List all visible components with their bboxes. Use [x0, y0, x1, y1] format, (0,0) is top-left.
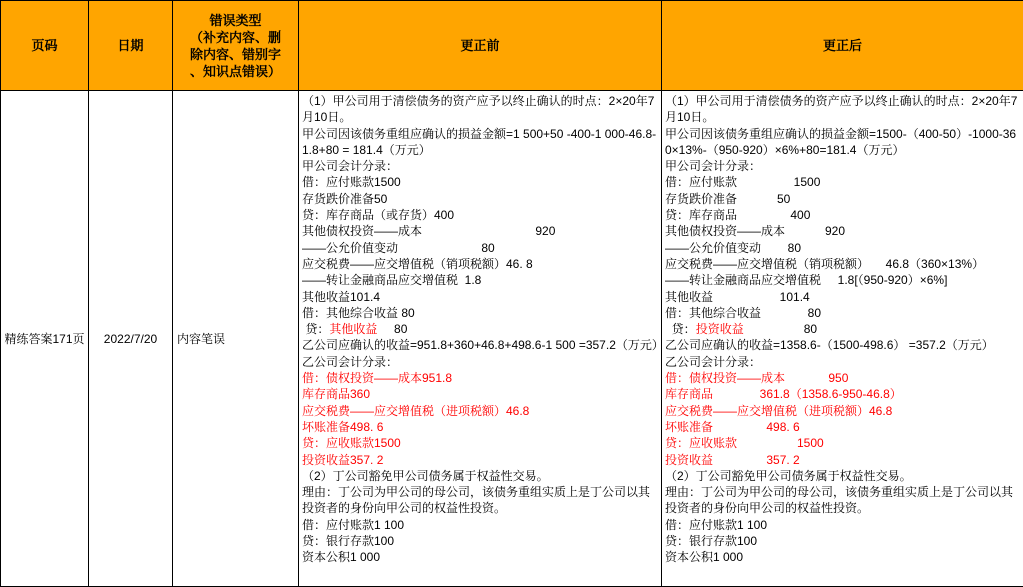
errata-table: 页码 日期 错误类型 （补充内容、删 除内容、错别字 、知识点错误） 更正前 更…	[0, 0, 1023, 587]
header-before: 更正前	[299, 1, 662, 91]
header-error-type: 错误类型 （补充内容、删 除内容、错别字 、知识点错误）	[173, 1, 299, 91]
table-row: 精练答案171页 2022/7/20 内容笔误 （1）甲公司用于清偿债务的资产应…	[1, 91, 1023, 587]
date-cell: 2022/7/20	[89, 91, 173, 587]
page-cell: 精练答案171页	[1, 91, 89, 587]
after-cell: （1）甲公司用于清偿债务的资产应予以终止确认的时点：2×20年7月10日。甲公司…	[662, 91, 1023, 587]
header-page: 页码	[1, 1, 89, 91]
header-row: 页码 日期 错误类型 （补充内容、删 除内容、错别字 、知识点错误） 更正前 更…	[1, 1, 1023, 91]
before-cell: （1）甲公司用于清偿债务的资产应予以终止确认的时点：2×20年7月10日。甲公司…	[299, 91, 662, 587]
header-after: 更正后	[662, 1, 1023, 91]
header-date: 日期	[89, 1, 173, 91]
before-text: （1）甲公司用于清偿债务的资产应予以终止确认的时点：2×20年7月10日。甲公司…	[302, 93, 658, 566]
error-type-cell: 内容笔误	[173, 91, 299, 587]
after-text: （1）甲公司用于清偿债务的资产应予以终止确认的时点：2×20年7月10日。甲公司…	[665, 93, 1020, 566]
